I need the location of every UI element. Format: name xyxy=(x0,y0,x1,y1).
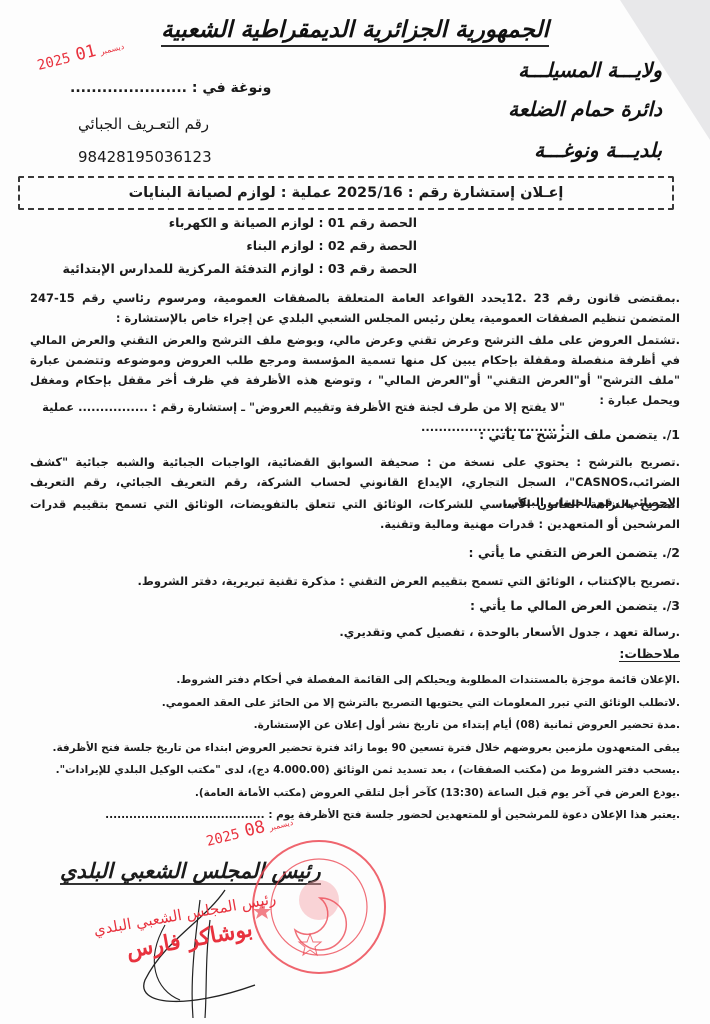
note-item: .يعتبر هذا الإعلان دعوة للمرشحين أو للمت… xyxy=(30,804,680,827)
section-2-heading: 2/. يتضمن العرض التقني ما يأتي : xyxy=(30,543,680,563)
section-1-heading: 1/. يتضمن ملف الترشح ما يأتي : xyxy=(30,425,680,445)
note-item: .الإعلان قائمة موجزة بالمستندات المطلوبة… xyxy=(30,669,680,692)
section-1-item: .تصريح بالنزاهة، القانون الأساسي للشركات… xyxy=(30,494,680,534)
note-item: .يسحب دفتر الشروط من (مكتب الصفقات) ، بع… xyxy=(30,759,680,782)
stamp-year: 2025 xyxy=(36,50,73,74)
stamp-year: 2025 xyxy=(205,826,242,850)
tax-id-value: 98428195036123 xyxy=(78,148,212,166)
notes-list: .الإعلان قائمة موجزة بالمستندات المطلوبة… xyxy=(30,669,680,827)
announcement-title-box: إعـلان إستشارة رقم : 2025/16 عملية : لوا… xyxy=(18,176,674,210)
tax-id-label: رقم التعـريف الجبائي xyxy=(78,115,209,133)
stamp-month: ديسمبر xyxy=(268,818,294,833)
republic-title-text: الجمهورية الجزائرية الديمقراطية الشعبية xyxy=(161,16,549,47)
lot-item: الحصة رقم 02 : لوازم البناء xyxy=(63,234,418,257)
authority-daira: دائرة حمام الضلعة xyxy=(508,97,662,121)
stamp-month: ديسمبر xyxy=(99,42,125,57)
note-item: .يودع العرض في آخر يوم قبل الساعة (13:30… xyxy=(30,782,680,805)
note-item: يبقى المتعهدون ملزمين بعروضهم خلال فترة … xyxy=(30,737,680,760)
announcement-title: إعـلان إستشارة رقم : 2025/16 عملية : لوا… xyxy=(129,185,564,201)
note-item: .مدة تحضير العروض ثمانية (08) أيام إبتدا… xyxy=(30,714,680,737)
lots-list: الحصة رقم 01 : لوازم الصيانة و الكهرباء … xyxy=(63,211,418,280)
authority-wilaya: ولايـــة المسيلـــة xyxy=(518,58,662,82)
section-3-heading: 3/. يتضمن العرض المالي ما يأتي : xyxy=(30,596,680,616)
authority-commune: بلديـــة ونوغـــة xyxy=(534,138,662,162)
section-2-item: .تصريح بالإكتتاب ، الوثائق التي تسمح بتق… xyxy=(30,571,680,591)
lot-item: الحصة رقم 03 : لوازم التدفئة المركزية لل… xyxy=(63,257,418,280)
section-3-item: .رسالة تعهد ، جدول الأسعار بالوحدة ، تفص… xyxy=(30,622,680,642)
legal-basis-paragraph: .بمقتضى قانون رقم 23 .12يحدد القواعد الع… xyxy=(30,288,680,328)
notes-heading: ملاحظات: xyxy=(30,644,680,664)
place-date-line: ونوغة في : ...................... xyxy=(70,80,271,96)
notes-heading-text: ملاحظات: xyxy=(619,646,680,662)
lot-item: الحصة رقم 01 : لوازم الصيانة و الكهرباء xyxy=(63,211,418,234)
document-page: الجمهورية الجزائرية الديمقراطية الشعبية … xyxy=(0,0,710,1024)
note-item: .لاتطلب الوثائق التي تبرر المعلومات التي… xyxy=(30,692,680,715)
stamp-day: 01 xyxy=(73,41,98,65)
